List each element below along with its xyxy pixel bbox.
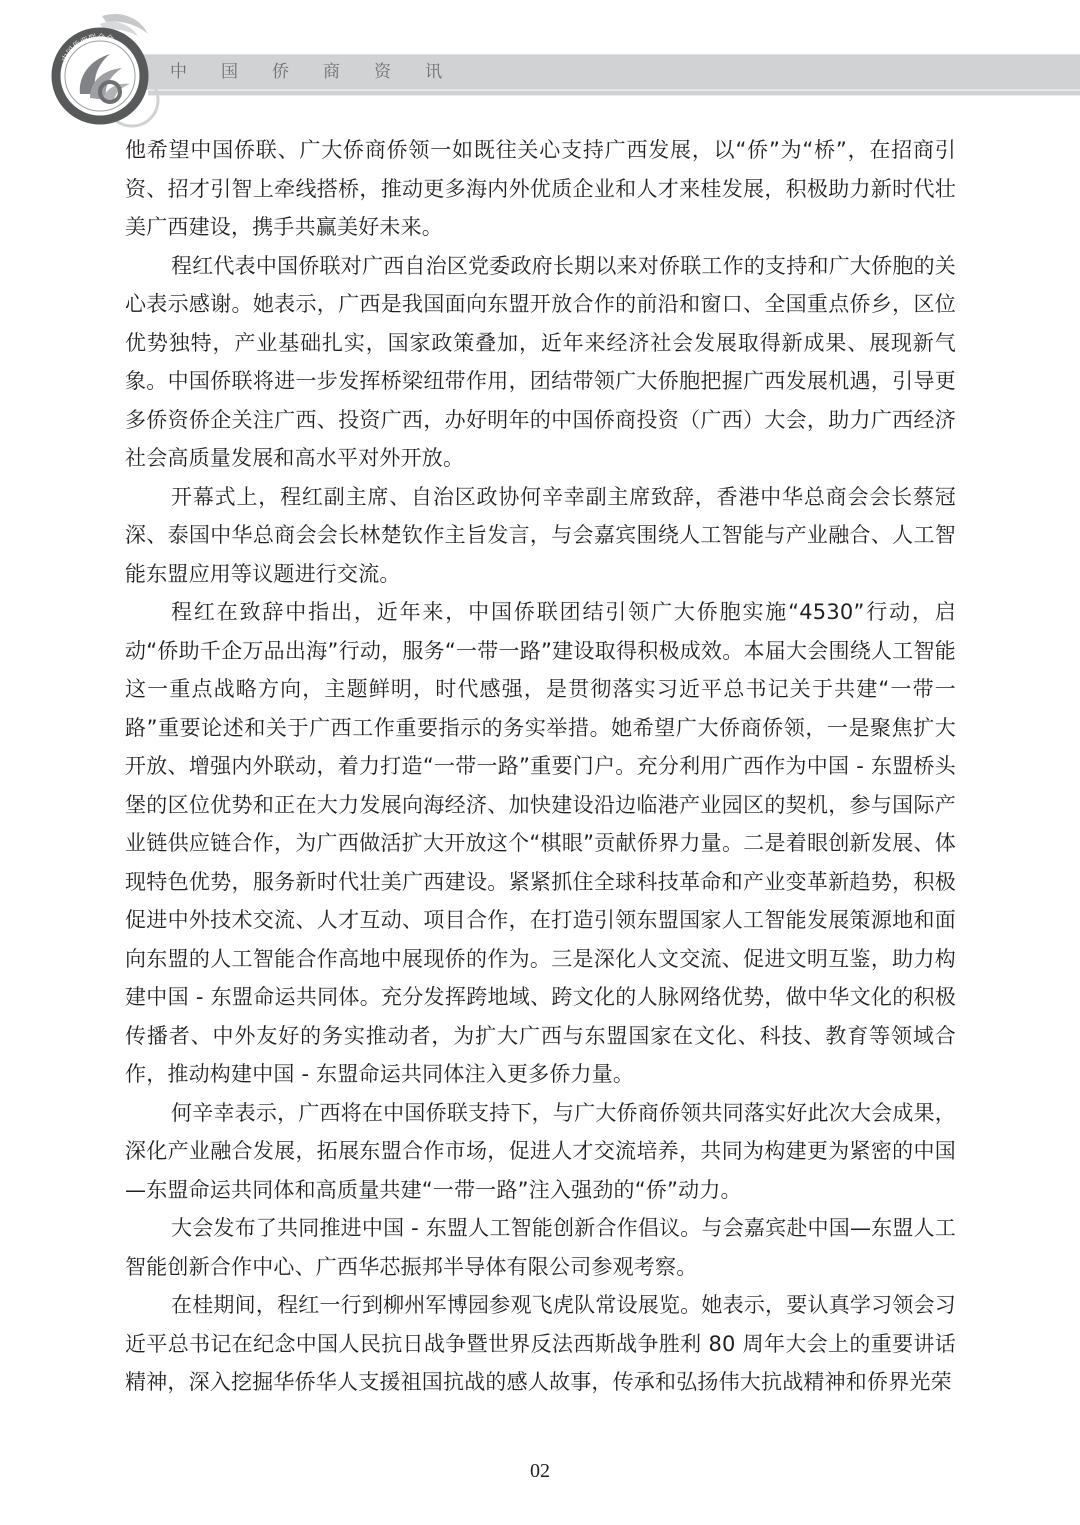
paragraph: 何辛幸表示，广西将在中国侨联支持下，与广大侨商侨领共同落实好此次大会成果，深化产… <box>125 1094 956 1210</box>
paragraph: 开幕式上，程红副主席、自治区政协何辛幸副主席致辞，香港中华总商会会长蔡冠深、泰国… <box>125 478 956 594</box>
paragraph: 他希望中国侨联、广大侨商侨领一如既往关心支持广西发展，以“侨”为“桥”，在招商引… <box>125 131 956 247</box>
paragraph: 大会发布了共同推进中国 - 东盟人工智能创新合作倡议。与会嘉宾赴中国—东盟人工智… <box>125 1209 956 1286</box>
paragraph: 程红代表中国侨联对广西自治区党委政府长期以来对侨联工作的支持和广大侨胞的关心表示… <box>125 247 956 478</box>
publication-title: 中国侨商资讯 <box>170 58 476 86</box>
paragraph: 在桂期间，程红一行到柳州军博园参观飞虎队常设展览。她表示，要认真学习领会习近平总… <box>125 1286 956 1402</box>
page-header: 中国侨商资讯 中国侨商联合会 <box>0 0 1080 130</box>
header-rule <box>148 90 1080 96</box>
page-number: 02 <box>0 1460 1080 1483</box>
organization-seal-logo-icon: 中国侨商联合会 <box>44 8 164 128</box>
article-body: 他希望中国侨联、广大侨商侨领一如既往关心支持广西发展，以“侨”为“桥”，在招商引… <box>125 131 956 1402</box>
paragraph: 程红在致辞中指出，近年来，中国侨联团结引领广大侨胞实施“4530”行动，启动“侨… <box>125 593 956 1094</box>
